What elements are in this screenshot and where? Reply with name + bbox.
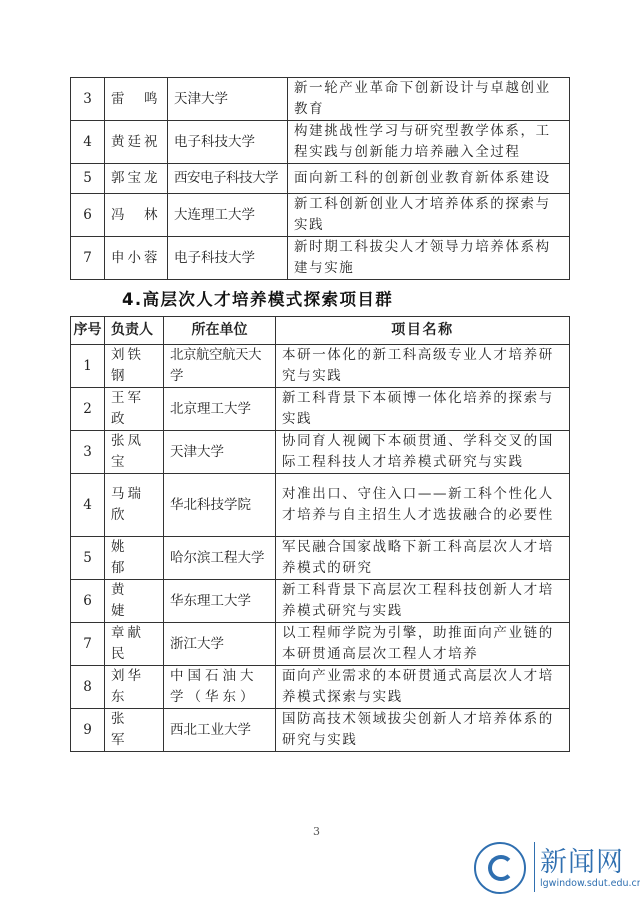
cell-project: 协同育人视阈下本硕贯通、学科交叉的国际工程科技人才培养模式研究与实践 [276,431,570,474]
watermark-url: lgwindow.sdut.edu.cn [540,878,640,889]
cell-unit: 浙江大学 [164,623,276,666]
table-row: 7 章献民 浙江大学 以工程师学院为引擎，助推面向产业链的本研贯通高层次工程人才… [71,623,570,666]
header-project: 项目名称 [276,317,570,345]
high-level-talent-project-table: 序号 负责人 所在单位 项目名称 1 刘铁钢 北京航空航天大学 本研一体化的新工… [70,316,570,752]
table-header-row: 序号 负责人 所在单位 项目名称 [71,317,570,345]
cell-unit: 天津大学 [164,431,276,474]
cell-unit: 电子科技大学 [168,237,288,280]
cell-unit: 华北科技学院 [164,474,276,537]
header-leader: 负责人 [105,317,164,345]
table-row: 8 刘华东 中国石油大学（华东） 面向产业需求的本研贯通式高层次人才培养模式探索… [71,666,570,709]
cell-no: 8 [71,666,105,709]
cell-no: 7 [71,623,105,666]
cell-project: 新工科创新创业人才培养体系的探索与实践 [288,194,570,237]
cell-no: 3 [71,78,105,121]
seal-swirl-icon [488,855,514,881]
cell-unit: 电子科技大学 [168,121,288,164]
university-seal-logo-icon [474,842,526,894]
cell-leader: 姚 郁 [105,537,164,580]
cell-leader: 刘铁钢 [105,345,164,388]
cell-no: 5 [71,164,105,194]
table-row: 4 马瑞欣 华北科技学院 对准出口、守住入口——新工科个性化人才培养与自主招生人… [71,474,570,537]
cell-unit: 华东理工大学 [164,580,276,623]
cell-unit: 哈尔滨工程大学 [164,537,276,580]
cell-no: 4 [71,121,105,164]
cell-project: 本研一体化的新工科高级专业人才培养研究与实践 [276,345,570,388]
news-site-watermark: 新闻网 lgwindow.sdut.edu.cn [474,838,634,898]
cell-unit: 天津大学 [168,78,288,121]
cell-leader: 冯 林 [105,194,168,237]
cell-project: 面向产业需求的本研贯通式高层次人才培养模式探索与实践 [276,666,570,709]
table-row: 9 张 军 西北工业大学 国防高技术领域拔尖创新人才培养体系的研究与实践 [71,709,570,752]
cell-project: 构建挑战性学习与研究型教学体系，工程实践与创新能力培养融入全过程 [288,121,570,164]
cell-project: 面向新工科的创新创业教育新体系建设 [288,164,570,194]
table-row: 6 冯 林 大连理工大学 新工科创新创业人才培养体系的探索与实践 [71,194,570,237]
table-row: 3 雷 鸣 天津大学 新一轮产业革命下创新设计与卓越创业教育 [71,78,570,121]
cell-leader: 章献民 [105,623,164,666]
cell-project: 新一轮产业革命下创新设计与卓越创业教育 [288,78,570,121]
header-no: 序号 [71,317,105,345]
section-heading: 4.高层次人才培养模式探索项目群 [122,286,393,310]
cell-no: 9 [71,709,105,752]
cell-project: 对准出口、守住入口——新工科个性化人才培养与自主招生人才选拔融合的必要性 [276,474,570,537]
cell-leader: 张 军 [105,709,164,752]
cell-no: 4 [71,474,105,537]
table-row: 4 黄廷祝 电子科技大学 构建挑战性学习与研究型教学体系，工程实践与创新能力培养… [71,121,570,164]
cell-unit: 中国石油大学（华东） [164,666,276,709]
cell-leader: 黄廷祝 [105,121,168,164]
cell-no: 7 [71,237,105,280]
cell-project: 新工科背景下高层次工程科技创新人才培养模式研究与实践 [276,580,570,623]
cell-leader: 王军政 [105,388,164,431]
table-row: 5 姚 郁 哈尔滨工程大学 军民融合国家战略下新工科高层次人才培养模式的研究 [71,537,570,580]
table-row: 1 刘铁钢 北京航空航天大学 本研一体化的新工科高级专业人才培养研究与实践 [71,345,570,388]
table-row: 6 黄 婕 华东理工大学 新工科背景下高层次工程科技创新人才培养模式研究与实践 [71,580,570,623]
cell-project: 军民融合国家战略下新工科高层次人才培养模式的研究 [276,537,570,580]
cell-unit: 西安电子科技大学 [168,164,288,194]
logo-divider [534,842,535,892]
project-table-continued: 3 雷 鸣 天津大学 新一轮产业革命下创新设计与卓越创业教育 4 黄廷祝 电子科… [70,77,570,280]
cell-unit: 大连理工大学 [168,194,288,237]
cell-no: 5 [71,537,105,580]
header-unit: 所在单位 [164,317,276,345]
cell-leader: 申小蓉 [105,237,168,280]
table-row: 3 张凤宝 天津大学 协同育人视阈下本硕贯通、学科交叉的国际工程科技人才培养模式… [71,431,570,474]
table-row: 5 郭宝龙 西安电子科技大学 面向新工科的创新创业教育新体系建设 [71,164,570,194]
cell-leader: 黄 婕 [105,580,164,623]
cell-leader: 张凤宝 [105,431,164,474]
cell-unit: 西北工业大学 [164,709,276,752]
cell-leader: 雷 鸣 [105,78,168,121]
cell-leader: 郭宝龙 [105,164,168,194]
cell-unit: 北京理工大学 [164,388,276,431]
cell-project: 新工科背景下本硕博一体化培养的探索与实践 [276,388,570,431]
cell-leader: 刘华东 [105,666,164,709]
table-row: 2 王军政 北京理工大学 新工科背景下本硕博一体化培养的探索与实践 [71,388,570,431]
cell-project: 国防高技术领域拔尖创新人才培养体系的研究与实践 [276,709,570,752]
watermark-title: 新闻网 [540,840,624,879]
cell-project: 以工程师学院为引擎，助推面向产业链的本研贯通高层次工程人才培养 [276,623,570,666]
cell-no: 2 [71,388,105,431]
page-number: 3 [313,825,320,838]
cell-leader: 马瑞欣 [105,474,164,537]
cell-unit: 北京航空航天大学 [164,345,276,388]
cell-no: 6 [71,194,105,237]
cell-no: 1 [71,345,105,388]
cell-no: 6 [71,580,105,623]
table-row: 7 申小蓉 电子科技大学 新时期工科拔尖人才领导力培养体系构建与实施 [71,237,570,280]
cell-project: 新时期工科拔尖人才领导力培养体系构建与实施 [288,237,570,280]
cell-no: 3 [71,431,105,474]
